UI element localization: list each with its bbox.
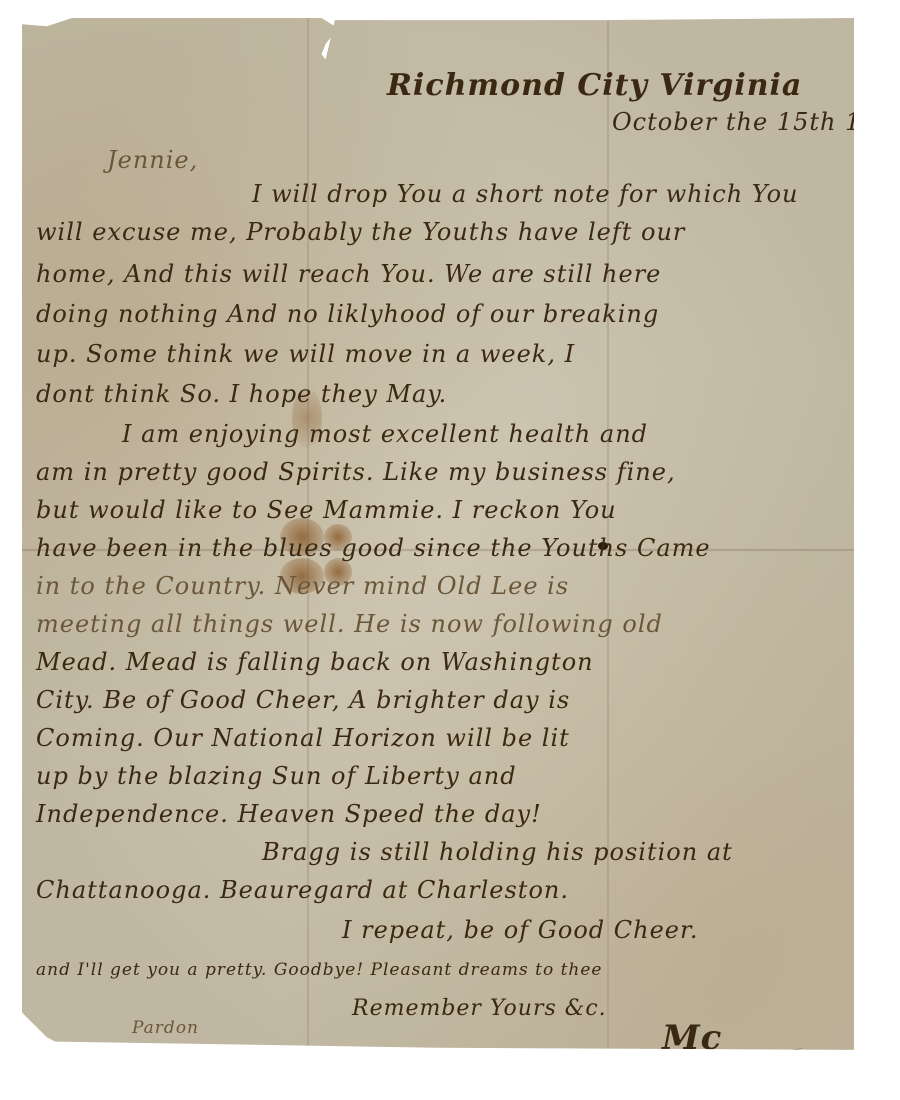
body-line: in to the Country. Never mind Old Lee is bbox=[36, 572, 569, 600]
body-line: Independence. Heaven Speed the day! bbox=[36, 800, 542, 828]
salutation: Jennie, bbox=[107, 146, 198, 174]
body-line: Bragg is still holding his position at bbox=[262, 838, 733, 866]
closing: Remember Yours &c. bbox=[352, 996, 607, 1021]
postscript: Pardon bbox=[132, 1018, 199, 1038]
body-line: but would like to See Mammie. I reckon Y… bbox=[36, 496, 617, 524]
body-line: up by the blazing Sun of Liberty and bbox=[36, 762, 517, 790]
body-line: I repeat, be of Good Cheer. bbox=[342, 916, 698, 944]
body-line: up. Some think we will move in a week, I bbox=[36, 340, 575, 368]
body-line: Chattanooga. Beauregard at Charleston. bbox=[36, 876, 569, 904]
heading-place: Richmond City Virginia bbox=[387, 68, 802, 103]
body-line: Mead. Mead is falling back on Washington bbox=[36, 648, 594, 676]
body-line: home, And this will reach You. We are st… bbox=[36, 260, 661, 288]
signature: Mc bbox=[662, 1018, 722, 1058]
body-line: I will drop You a short note for which Y… bbox=[252, 180, 798, 208]
signature-flourish bbox=[542, 1042, 802, 1054]
body-line: am in pretty good Spirits. Like my busin… bbox=[36, 458, 676, 486]
body-line: meeting all things well. He is now follo… bbox=[36, 610, 663, 638]
body-line: Coming. Our National Horizon will be lit bbox=[36, 724, 570, 752]
body-line: dont think So. I hope they May. bbox=[36, 380, 447, 408]
body-line: City. Be of Good Cheer, A brighter day i… bbox=[36, 686, 570, 714]
body-line: I am enjoying most excellent health and bbox=[122, 420, 648, 448]
body-line: have been in the blues good since the Yo… bbox=[36, 534, 711, 562]
body-line: will excuse me, Probably the Youths have… bbox=[36, 218, 685, 246]
letter-page: Richmond City Virginia October the 15th … bbox=[22, 18, 854, 1054]
body-line: doing nothing And no liklyhood of our br… bbox=[36, 300, 659, 328]
heading-date: October the 15th 1863. bbox=[612, 108, 900, 136]
body-line: and I'll get you a pretty. Goodbye! Plea… bbox=[36, 960, 603, 980]
